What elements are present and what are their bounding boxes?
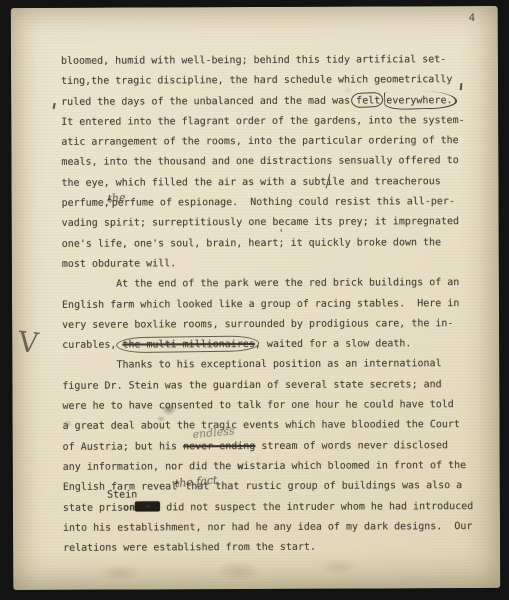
text-segment: w <box>237 461 243 472</box>
typewritten-text: bloomed, humid with well-being; behind t… <box>61 50 493 559</box>
text-line-8: perfume,the^perfume of espionage. Nothin… <box>62 192 492 214</box>
text-segment: meals, into the thousand and one distrac… <box>61 156 458 169</box>
text-segment: Thanks to his exceptional position as an… <box>62 359 441 372</box>
text-segment: ruled the days of the unbalanced and the… <box>61 95 356 107</box>
text-line-13: English farm which looked like a group o… <box>62 294 492 316</box>
text-segment: perfume of espionage. Nothing could resi… <box>112 196 455 208</box>
text-segment: were he to have consented to talk for on… <box>62 399 453 412</box>
text-line-16: Thanks to his exceptional position as an… <box>62 354 492 376</box>
blacked-out-word: Stein^ <box>135 501 160 511</box>
text-line-21: any information, nor did the wistaria wh… <box>63 456 493 478</box>
text-segment: very severe boxlike rooms, surrounded by… <box>62 318 453 331</box>
text-segment: istaria which bloomed in front of the <box>243 460 466 472</box>
text-segment: that that rustic group of buildings was … <box>179 480 462 492</box>
text-segment: atic arrangement of the rooms, into the … <box>61 135 458 148</box>
paper-smudge <box>99 564 141 582</box>
text-segment: English farm which looked like a group o… <box>62 298 459 311</box>
text-segment: any information, nor did the <box>63 461 238 473</box>
manuscript-photo: { "page": { "number": "4" }, "colors": {… <box>0 0 509 600</box>
text-line-3: ruled the days of the unbalanced and the… <box>61 91 491 113</box>
text-line-11: most obdurate will. <box>62 253 492 275</box>
text-segment: did not suspect the intruder whom he had… <box>160 501 473 513</box>
text-line-15: curables, the multi-millionaires, waited… <box>62 334 492 356</box>
manuscript-page: 4 V bloomed, humid with well-being; behi… <box>11 6 501 590</box>
handwritten-annotation: endless <box>193 426 236 440</box>
handwritten-annotation: ' <box>278 229 283 239</box>
text-line-7: the eye, which filled the air as with a … <box>61 172 491 194</box>
text-segment: vading spirit; surreptitiously one becam… <box>62 216 459 229</box>
text-segment: At the end of the park were the red bric… <box>62 277 459 290</box>
text-line-24: into his establishment, nor had he any i… <box>63 517 493 539</box>
struck-never-ending: never-endingendless <box>183 441 255 452</box>
text-line-20: of Austria; but his never-endingendless … <box>63 436 493 458</box>
text-segment: into his establishment, nor had he any i… <box>63 521 472 534</box>
text-segment: le and treacherous <box>332 176 440 187</box>
text-line-18: were he to have consented to talk for on… <box>62 395 492 417</box>
text-line-14: very severe boxlike rooms, surrounded by… <box>62 314 492 336</box>
text-segment: on <box>123 502 135 513</box>
text-segment: It entered into the flagrant order of th… <box>61 115 464 128</box>
text-segment: , waited for a slow death. <box>255 338 412 350</box>
paper-smudge <box>319 559 357 575</box>
text-segment: most obdurate will. <box>62 258 176 269</box>
text-segment: ting,the tragic discipline, the hard sch… <box>61 74 452 87</box>
text-line-17: figure Dr. Stein was the guardian of sev… <box>62 375 492 397</box>
caret-mark: ^ <box>145 500 151 520</box>
text-line-2: ting,the tragic discipline, the hard sch… <box>61 70 491 92</box>
margin-check-mark: V <box>17 325 40 360</box>
text-line-9: vading spirit; surreptitiously one becam… <box>62 212 492 234</box>
text-line-12: At the end of the park were the red bric… <box>62 273 492 295</box>
text-segment: state pris <box>63 502 123 513</box>
struck-and-circled-phrase: the multi-millionaires <box>122 339 254 351</box>
text-line-6: meals, into the thousand and one distrac… <box>61 151 491 173</box>
pen-circled-felt: felt <box>356 95 380 106</box>
text-line-19: a great deal about the tragic events whi… <box>63 415 493 437</box>
text-line-4: It entered into the flagrant order of th… <box>61 111 491 133</box>
text-segment: perfume, <box>62 198 110 209</box>
text-segment: curables, <box>62 340 122 351</box>
text-line-23: state prisonStein^ did not suspect the i… <box>63 496 493 518</box>
text-segment: of Austria; but his <box>63 441 183 453</box>
text-line-1: bloomed, humid with well-being; behind t… <box>61 50 491 72</box>
typed-annotation: Stein <box>107 490 137 500</box>
text-segment: bloomed, humid with well-being; behind t… <box>61 54 446 67</box>
text-segment: the eye, which filled the air as with a … <box>61 176 326 188</box>
paper-smudge <box>214 561 262 581</box>
text-segment: relations were established from the star… <box>63 542 316 554</box>
page-number: 4 <box>469 12 475 24</box>
text-segment: a great deal about the tragic events whi… <box>63 419 460 432</box>
text-segment: it quickly broke down the <box>285 237 442 249</box>
text-segment: figure Dr. Stein was the guardian of sev… <box>62 379 441 392</box>
pen-tick-mark <box>53 103 56 109</box>
pen-corrected-semicolon: ;' <box>278 238 284 249</box>
text-segment: stream of words never disclosed <box>255 440 448 452</box>
text-line-5: atic arrangement of the rooms, into the … <box>61 131 491 153</box>
text-line-10: one's life, one's soul, brain, heart;' i… <box>62 233 492 255</box>
text-line-25: relations were established from the star… <box>63 537 493 559</box>
pen-circled-everywhere: everywhere. <box>386 95 452 106</box>
text-segment: one's life, one's soul, brain, heart <box>62 238 279 250</box>
